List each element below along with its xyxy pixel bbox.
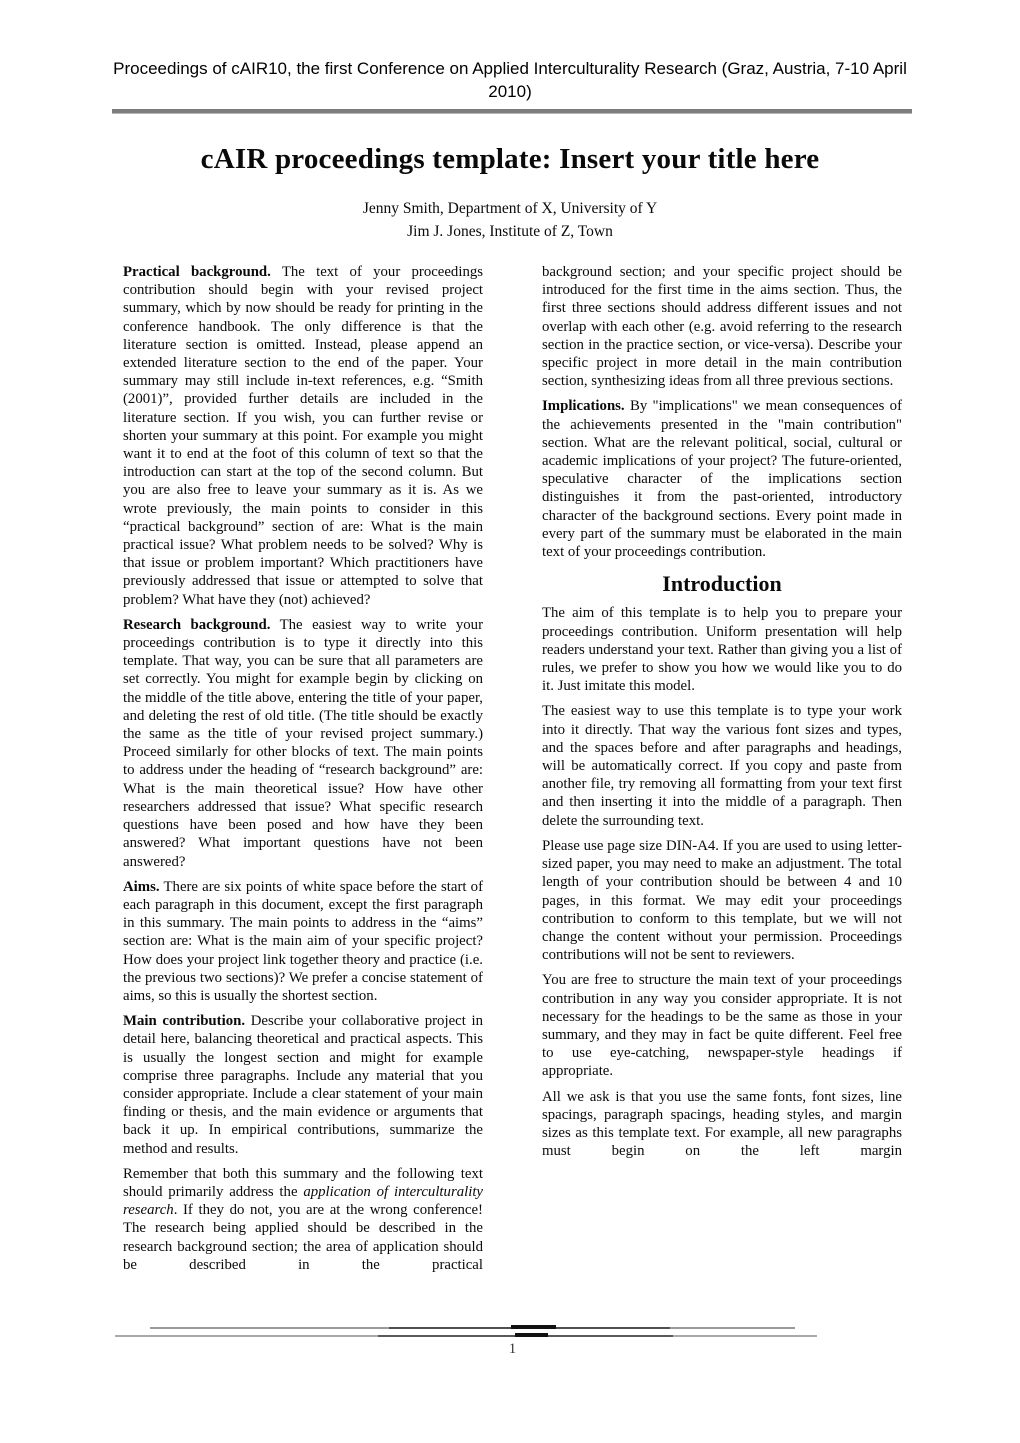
paragraph-intro-5: All we ask is that you use the same font… <box>542 1088 902 1161</box>
footer-rule-lower-black <box>515 1333 548 1337</box>
run-in-heading: Aims. <box>123 879 160 895</box>
paragraph-continuation: background section; and your specific pr… <box>542 263 902 390</box>
paragraph-remember: Remember that both this summary and the … <box>123 1165 483 1274</box>
author-line-1: Jenny Smith, Department of X, University… <box>110 198 910 221</box>
run-in-heading: Main contribution. <box>123 1013 245 1029</box>
paragraph-aims: Aims. There are six points of white spac… <box>123 878 483 1005</box>
paragraph-practical-background: Practical background. The text of your p… <box>123 263 483 609</box>
paragraph-text: Describe your collaborative project in d… <box>123 1013 483 1156</box>
paragraph-intro-2: The easiest way to use this template is … <box>542 702 902 829</box>
paragraph-text: . If they do not, you are at the wrong c… <box>123 1202 483 1273</box>
paragraph-text: The easiest way to write your proceeding… <box>123 617 483 870</box>
paragraph-intro-4: You are free to structure the main text … <box>542 971 902 1080</box>
left-column: Practical background. The text of your p… <box>123 263 483 1281</box>
paragraph-text: The text of your proceedings contributio… <box>123 264 483 608</box>
document-page: Proceedings of cAIR10, the first Confere… <box>0 0 1020 1443</box>
header-rule <box>112 109 912 114</box>
paragraph-implications: Implications. By "implications" we mean … <box>542 397 902 561</box>
author-line-2: Jim J. Jones, Institute of Z, Town <box>110 221 910 244</box>
paragraph-main-contribution: Main contribution. Describe your collabo… <box>123 1012 483 1158</box>
authors-block: Jenny Smith, Department of X, University… <box>110 198 910 243</box>
paragraph-intro-3: Please use page size DIN-A4. If you are … <box>542 837 902 964</box>
page-number: 1 <box>123 1341 902 1358</box>
section-heading-introduction: Introduction <box>542 575 902 593</box>
right-column: background section; and your specific pr… <box>542 263 902 1281</box>
two-column-body: Practical background. The text of your p… <box>123 263 903 1281</box>
paragraph-intro-1: The aim of this template is to help you … <box>542 604 902 695</box>
paragraph-text: There are six points of white space befo… <box>123 879 483 1004</box>
run-in-heading: Practical background. <box>123 264 271 280</box>
paragraph-text: By "implications" we mean consequences o… <box>542 398 902 560</box>
running-header: Proceedings of cAIR10, the first Confere… <box>100 57 920 103</box>
footer-rule-upper-black <box>511 1325 556 1329</box>
paragraph-research-background: Research background. The easiest way to … <box>123 616 483 871</box>
run-in-heading: Research background. <box>123 617 270 633</box>
paper-title: cAIR proceedings template: Insert your t… <box>110 143 910 176</box>
run-in-heading: Implications. <box>542 398 625 414</box>
